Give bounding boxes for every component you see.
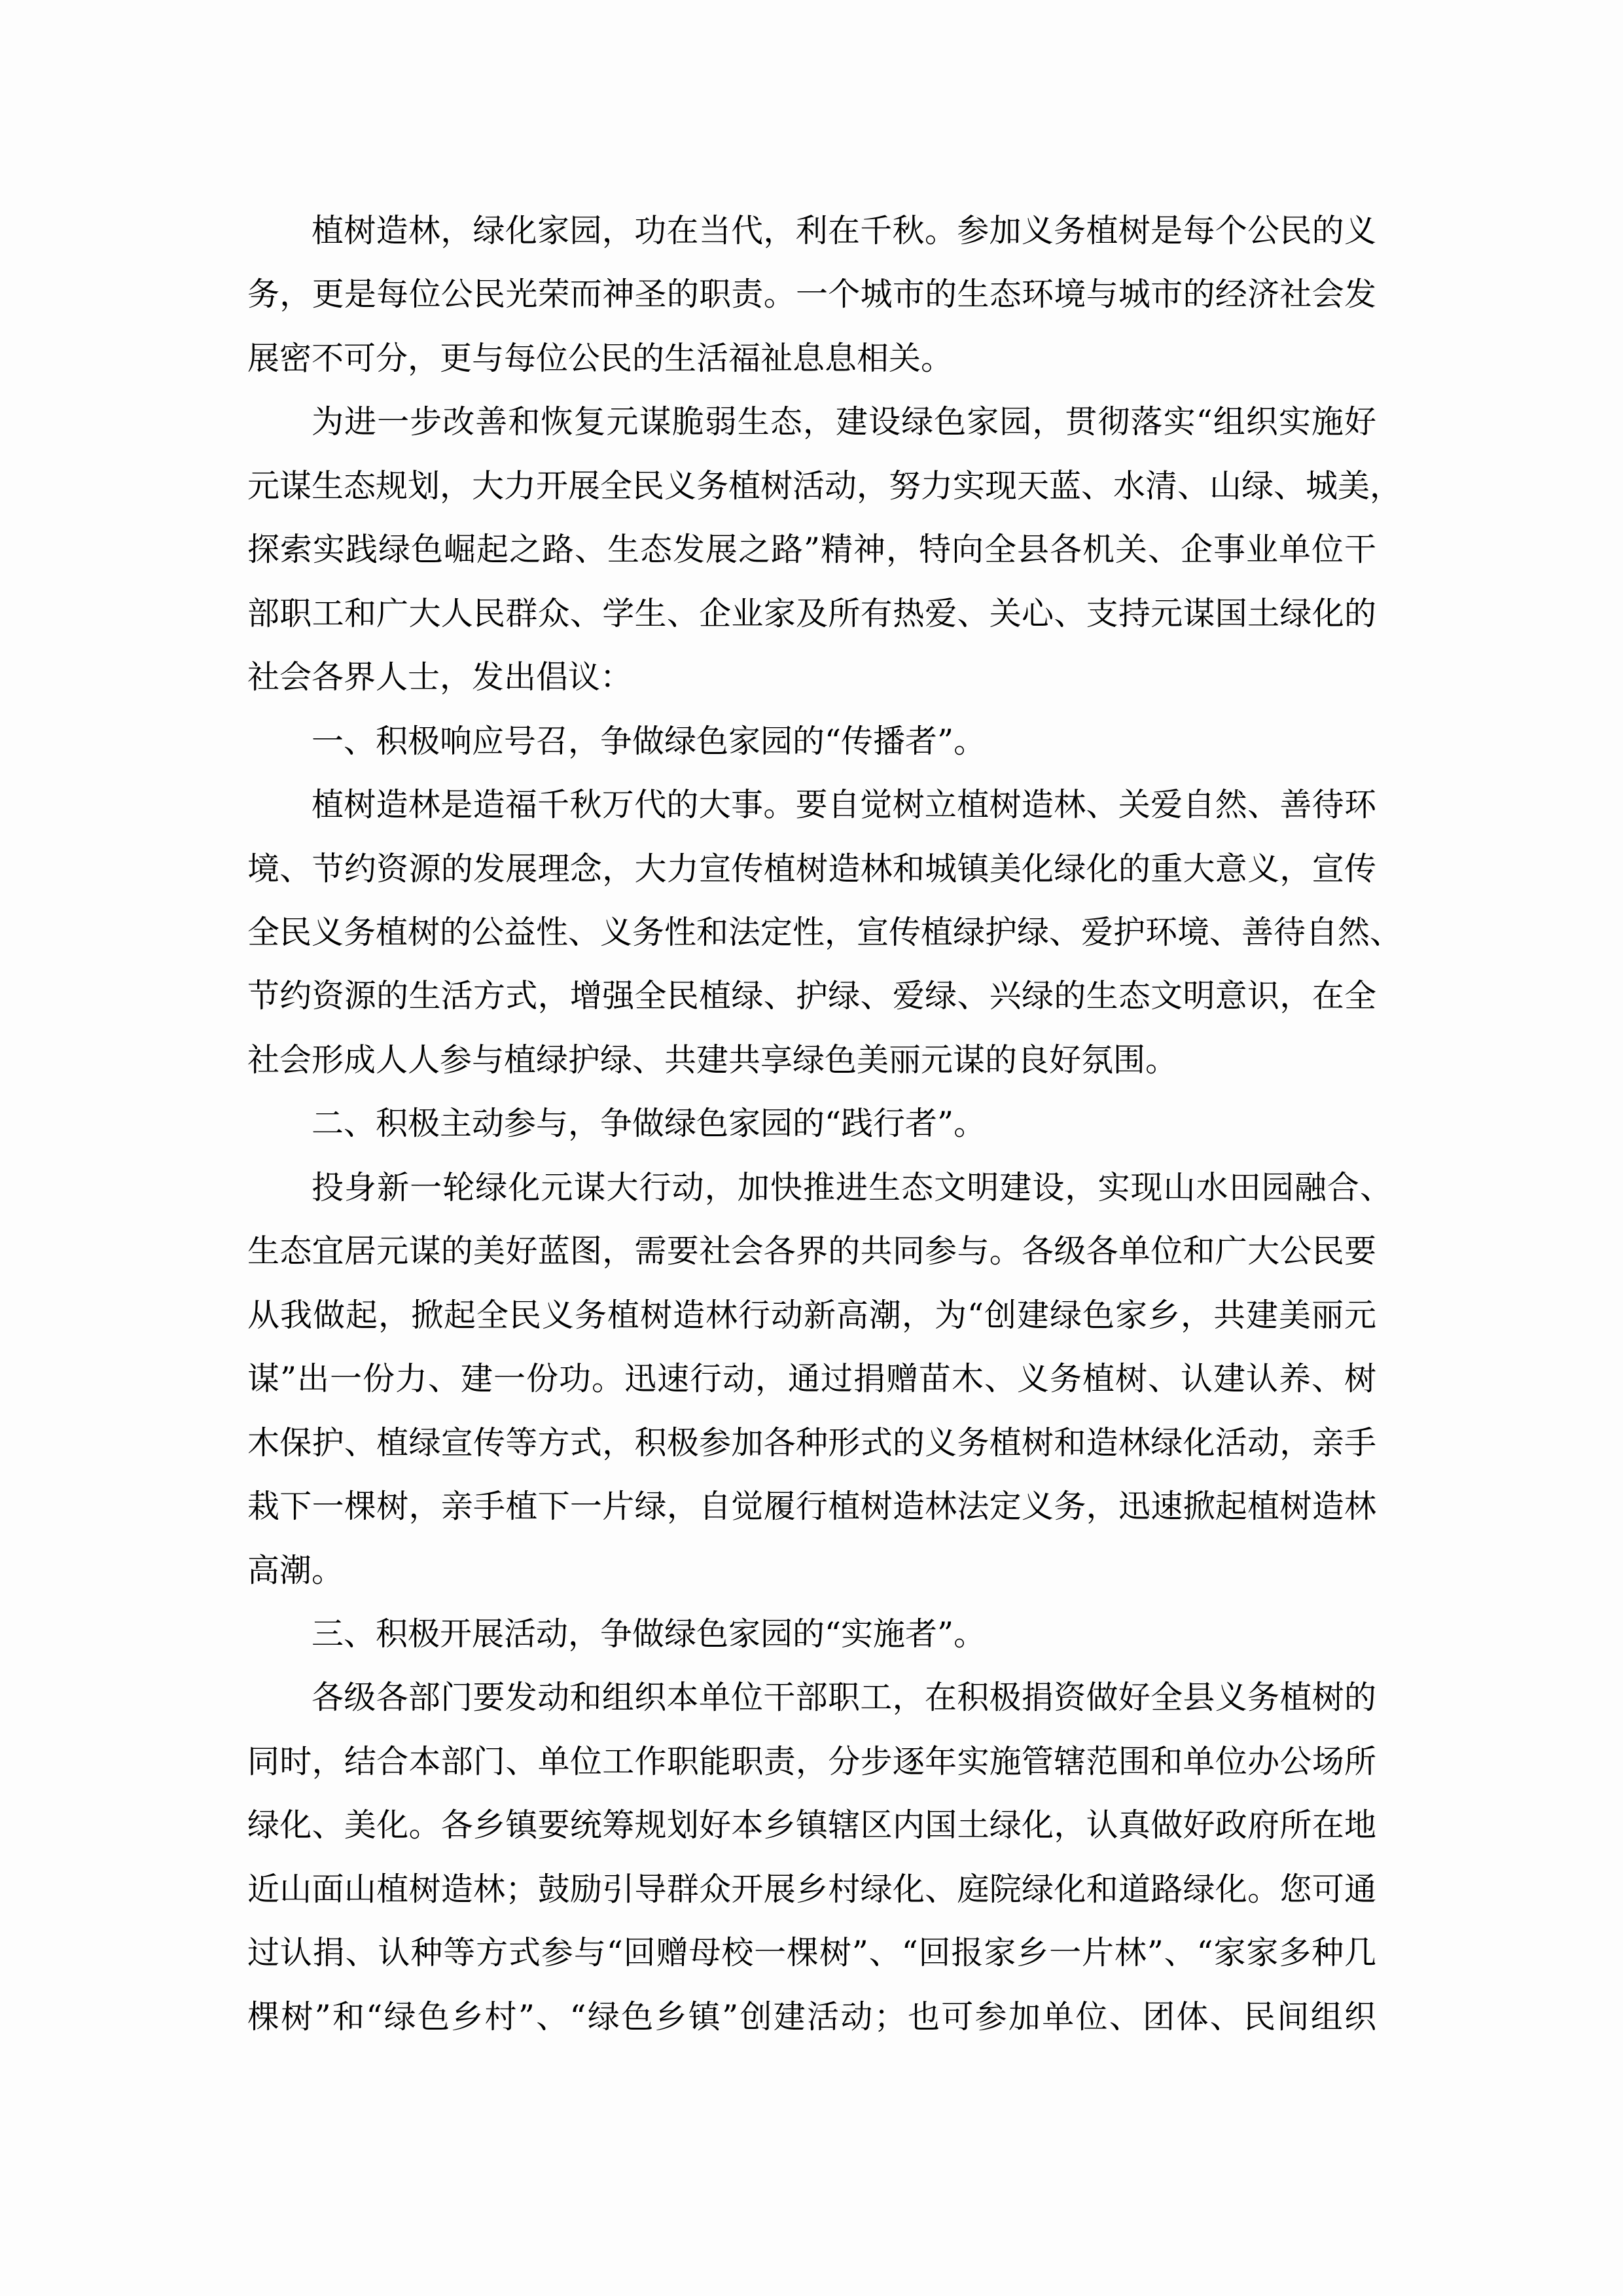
paragraph-section-2: 投身新一轮绿化元谋大行动，加快推进生态文明建设，实现山水田园融合、 生态宜居元谋… <box>247 1156 1376 1602</box>
paragraph-section-3: 各级各部门要发动和组织本单位干部职工，在积极捐资做好全县义务植树的 同时，结合本… <box>247 1666 1376 2049</box>
document-body: 植树造林，绿化家园，功在当代，利在千秋。参加义务植树是每个公民的义 务，更是每位… <box>247 199 1376 2049</box>
text-line: 展密不可分，更与每位公民的生活福祉息息相关。 <box>247 327 1376 390</box>
text-line: 过认捐、认种等方式参与“回赠母校一棵树”、“回报家乡一片林”、“家家多种几 <box>247 1921 1376 1984</box>
text-line: 植树造林，绿化家园，功在当代，利在千秋。参加义务植树是每个公民的义 <box>247 199 1376 262</box>
text-line: 境、节约资源的发展理念，大力宣传植树造林和城镇美化绿化的重大意义，宣传 <box>247 837 1376 901</box>
document-page: 植树造林，绿化家园，功在当代，利在千秋。参加义务植树是每个公民的义 务，更是每位… <box>0 0 1623 2296</box>
paragraph-intro: 植树造林，绿化家园，功在当代，利在千秋。参加义务植树是每个公民的义 务，更是每位… <box>247 199 1376 390</box>
text-line: 近山面山植树造林；鼓励引导群众开展乡村绿化、庭院绿化和道路绿化。您可通 <box>247 1857 1376 1921</box>
text-line: 生态宜居元谋的美好蓝图，需要社会各界的共同参与。各级各单位和广大公民要 <box>247 1219 1376 1283</box>
section-heading-text: 一、积极响应号召，争做绿色家园的“传播者”。 <box>247 709 1376 773</box>
text-line: 节约资源的生活方式，增强全民植绿、护绿、爱绿、兴绿的生态文明意识，在全 <box>247 964 1376 1028</box>
section-heading-1: 一、积极响应号召，争做绿色家园的“传播者”。 <box>247 709 1376 773</box>
text-line: 务，更是每位公民光荣而神圣的职责。一个城市的生态环境与城市的经济社会发 <box>247 262 1376 326</box>
text-line: 元谋生态规划，大力开展全民义务植树活动，努力实现天蓝、水清、山绿、城美， <box>247 454 1376 518</box>
text-line: 从我做起，掀起全民义务植树造林行动新高潮，为“创建绿色家乡，共建美丽元 <box>247 1283 1376 1347</box>
text-line: 栽下一棵树，亲手植下一片绿，自觉履行植树造林法定义务，迅速掀起植树造林 <box>247 1475 1376 1538</box>
section-heading-2: 二、积极主动参与，争做绿色家园的“践行者”。 <box>247 1092 1376 1155</box>
text-line: 棵树”和“绿色乡村”、“绿色乡镇”创建活动；也可参加单位、团体、民间组织 <box>247 1985 1376 2049</box>
text-line: 社会各界人士，发出倡议： <box>247 645 1376 709</box>
text-line: 同时，结合本部门、单位工作职能职责，分步逐年实施管辖范围和单位办公场所 <box>247 1730 1376 1793</box>
text-line: 高潮。 <box>247 1539 1376 1602</box>
text-line: 各级各部门要发动和组织本单位干部职工，在积极捐资做好全县义务植树的 <box>247 1666 1376 1729</box>
text-line: 全民义务植树的公益性、义务性和法定性，宣传植绿护绿、爱护环境、善待自然、 <box>247 901 1376 964</box>
section-heading-text: 二、积极主动参与，争做绿色家园的“践行者”。 <box>247 1092 1376 1155</box>
section-heading-3: 三、积极开展活动，争做绿色家园的“实施者”。 <box>247 1602 1376 1666</box>
text-line: 植树造林是造福千秋万代的大事。要自觉树立植树造林、关爱自然、善待环 <box>247 773 1376 836</box>
text-line: 投身新一轮绿化元谋大行动，加快推进生态文明建设，实现山水田园融合、 <box>247 1156 1392 1219</box>
text-line: 部职工和广大人民群众、学生、企业家及所有热爱、关心、支持元谋国土绿化的 <box>247 582 1376 645</box>
text-line: 绿化、美化。各乡镇要统筹规划好本乡镇辖区内国土绿化，认真做好政府所在地 <box>247 1793 1376 1857</box>
text-line: 谋”出一份力、建一份功。迅速行动，通过捐赠苗木、义务植树、认建认养、树 <box>247 1347 1376 1410</box>
text-line: 木保护、植绿宣传等方式，积极参加各种形式的义务植树和造林绿化活动，亲手 <box>247 1411 1376 1475</box>
text-line: 社会形成人人参与植绿护绿、共建共享绿色美丽元谋的良好氛围。 <box>247 1028 1376 1092</box>
text-line: 探索实践绿色崛起之路、生态发展之路”精神，特向全县各机关、企事业单位干 <box>247 518 1376 581</box>
paragraph-section-1: 植树造林是造福千秋万代的大事。要自觉树立植树造林、关爱自然、善待环 境、节约资源… <box>247 773 1376 1092</box>
text-line: 为进一步改善和恢复元谋脆弱生态，建设绿色家园，贯彻落实“组织实施好 <box>247 390 1376 454</box>
section-heading-text: 三、积极开展活动，争做绿色家园的“实施者”。 <box>247 1602 1376 1666</box>
paragraph-proposal: 为进一步改善和恢复元谋脆弱生态，建设绿色家园，贯彻落实“组织实施好 元谋生态规划… <box>247 390 1376 709</box>
